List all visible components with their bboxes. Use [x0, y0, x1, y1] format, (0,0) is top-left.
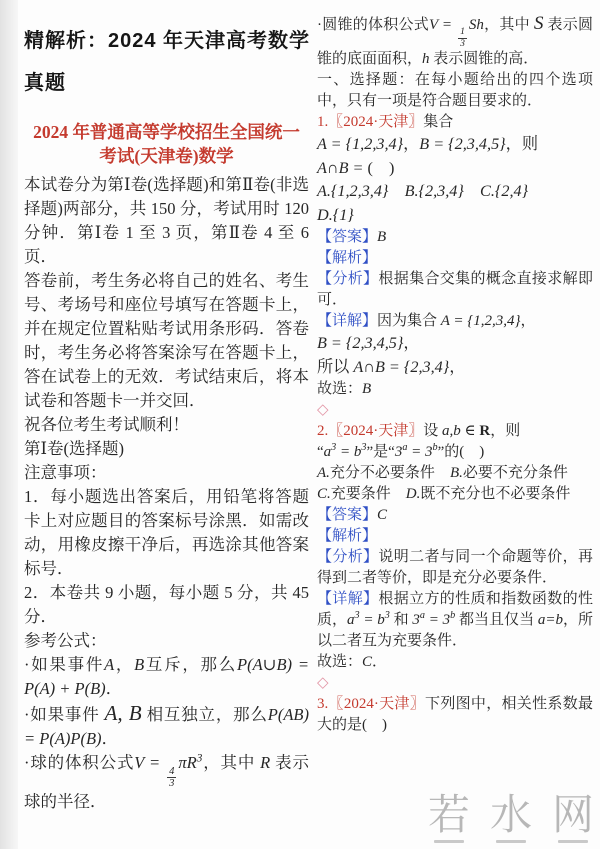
text-segment: 第Ⅰ卷(选择题)	[24, 439, 124, 458]
text-segment: 一、选择题：在每小题给出的四个选项中，只有一项是符合题目要求的．	[317, 72, 593, 109]
analysis-heading: 【解析】	[317, 526, 593, 547]
question-divider: ◇	[317, 400, 593, 421]
formula-item: ·圆锥的体积公式V = 13Sh，其中 S 表示圆锥的底面面积，h 表示圆锥的高…	[317, 13, 593, 70]
text-segment	[388, 182, 404, 200]
text-segment: ”的( )	[438, 444, 485, 460]
math-segment: πR	[178, 753, 196, 772]
text-segment: 本试卷分为第Ⅰ卷(选择题)和第Ⅱ卷(非选择题)两部分，共 150 分，考试用时 …	[24, 175, 309, 266]
question-tag: 3.〖2024·天津〗	[317, 696, 425, 712]
watermark-character: 网	[552, 794, 594, 843]
text-segment: 注意事项：	[24, 463, 107, 482]
note-item: 1．每小题选出答案后，用铅笔将答题卡上对应题目的答案标号涂黑．如需改动，用橡皮擦…	[24, 485, 309, 581]
math-segment: A.	[317, 465, 330, 481]
text-segment: 因为集合	[377, 313, 441, 329]
text-segment: 所以	[317, 358, 353, 376]
label-tag: 【分析】	[317, 271, 378, 287]
text-segment: 考试(天津卷)数学	[99, 146, 233, 166]
watermark-glyph: 网	[552, 794, 594, 836]
text-segment: 表示圆锥的高．	[430, 51, 539, 67]
exam-document-page: 精解析：2024 年天津高考数学真题 2024 年普通高等学校招生全国统一考试(…	[0, 0, 600, 849]
text-segment: 祝各位考生考试顺利！	[24, 415, 189, 434]
math-segment: = 3	[407, 444, 432, 460]
math-segment: V =	[134, 753, 165, 772]
math-segment: a=b	[538, 612, 563, 628]
scan-edge-shade	[0, 0, 18, 849]
text-segment: ，	[449, 358, 465, 376]
text-segment: 相互独立，那么	[142, 705, 268, 724]
text-segment: ，	[403, 135, 419, 153]
question-stem: “a3 = b3”是“3a = 3b”的( )	[317, 442, 593, 463]
text-segment: 故选：	[317, 381, 362, 397]
question-stem: 2.〖2024·天津〗设 a,b ∈ R，则	[317, 421, 593, 442]
label-tag: 【解析】	[317, 250, 377, 266]
divider-diamond-icon: ◇	[317, 675, 329, 691]
math-segment: B	[377, 229, 386, 245]
text-segment: 既不充分也不必要条件	[420, 486, 570, 502]
text-segment: ．	[372, 654, 387, 670]
conclusion-line: 故选：C．	[317, 652, 593, 673]
math-segment: B = {2,3,4,5}	[419, 135, 505, 153]
math-segment: R	[260, 753, 270, 772]
text-segment: ·如果事件	[24, 655, 104, 674]
text-segment: 故选：	[317, 654, 362, 670]
math-segment: C.{2,4}	[480, 182, 528, 200]
detail-text: 【详解】因为集合 A = {1,2,3,4}，	[317, 311, 593, 332]
math-segment: A = {1,2,3,4}	[441, 313, 521, 329]
watermark-glyph: 若	[428, 794, 470, 836]
math-segment: D.	[406, 486, 421, 502]
text-segment: ·球的体积公式	[24, 753, 134, 772]
right-column: ·圆锥的体积公式V = 13Sh，其中 S 表示圆锥的底面面积，h 表示圆锥的高…	[317, 13, 593, 736]
page-title: 精解析：2024 年天津高考数学真题	[24, 20, 322, 104]
options-line: C.充要条件 D.既不充分也不必要条件	[317, 484, 593, 505]
math-segment: = b	[336, 444, 361, 460]
math-segment: B = {2,3,4,5}	[317, 334, 403, 352]
math-line: B = {2,3,4,5}，	[317, 332, 593, 356]
intro-paragraph: 答卷前，考生务必将自己的姓名、考生号、考场号和座位号填写在答题卡上，并在规定位置…	[24, 269, 309, 413]
math-segment: A	[104, 655, 114, 674]
formula-heading: 参考公式：	[24, 629, 309, 653]
math-large-segment: A, B	[105, 701, 142, 725]
question-stem: 1.〖2024·天津〗集合	[317, 112, 593, 133]
text-segment: 集合	[423, 114, 453, 130]
fraction: 43	[167, 766, 176, 790]
math-segment: Sh	[469, 17, 484, 33]
text-segment: ”是“	[366, 444, 394, 460]
math-segment: B	[362, 381, 371, 397]
label-tag: 【分析】	[317, 549, 378, 565]
math-segment: D.{1}	[317, 206, 354, 224]
math-segment: C.	[317, 486, 331, 502]
text-segment: “	[317, 444, 324, 460]
watermark-subtext-mark	[434, 840, 464, 843]
text-segment: 必要不充分条件	[463, 465, 568, 481]
watermark-glyph: 水	[490, 794, 532, 836]
answer-line: 【答案】B	[317, 227, 593, 248]
text-segment: ( )	[363, 159, 394, 177]
text-segment: 参考公式：	[24, 631, 107, 650]
label-tag: 【答案】	[317, 507, 377, 523]
text-segment: 都当且仅当	[455, 612, 538, 628]
section-heading: 第Ⅰ卷(选择题)	[24, 437, 309, 461]
math-line: 所以 A∩B = {2,3,4}，	[317, 356, 593, 380]
math-bold-segment: R	[479, 423, 490, 439]
text-segment: ，其中	[202, 753, 260, 772]
analysis-text: 【分析】说明二者与同一个命题等价，再得到二者等价，即是充分必要条件．	[317, 547, 593, 589]
text-segment: 答卷前，考生务必将自己的姓名、考生号、考场号和座位号填写在答题卡上，并在规定位置…	[24, 271, 309, 410]
options-line: A.充分不必要条件 B.必要不充分条件	[317, 463, 593, 484]
text-segment: ·圆锥的体积公式	[317, 17, 429, 33]
notes-heading: 注意事项：	[24, 461, 309, 485]
text-segment: ，	[403, 334, 419, 352]
exam-title-line: 2024 年普通高等学校招生全国统一	[24, 120, 309, 144]
analysis-heading: 【解析】	[317, 248, 593, 269]
math-segment: a,b	[442, 423, 461, 439]
detail-text: 【详解】根据立方的性质和指数函数的性质，a3 = b3 和 3a = 3b 都当…	[317, 589, 593, 652]
text-segment: 2．本卷共 9 小题，每小题 5 分，共 45 分．	[24, 583, 309, 626]
text-segment: 充要条件	[331, 486, 406, 502]
text-segment: ·如果事件	[24, 705, 105, 724]
intro-paragraph: 本试卷分为第Ⅰ卷(选择题)和第Ⅱ卷(非选择题)两部分，共 150 分，考试用时 …	[24, 173, 309, 269]
question-stem: 3.〖2024·天津〗下列图中，相关性系数最大的是( )	[317, 694, 593, 736]
section-intro: 一、选择题：在每小题给出的四个选项中，只有一项是符合题目要求的．	[317, 70, 593, 112]
label-tag: 【详解】	[317, 591, 378, 607]
text-segment: 充分不必要条件	[330, 465, 450, 481]
text-segment: ∈	[461, 423, 480, 439]
math-segment: C	[362, 654, 372, 670]
math-segment: A∩B =	[317, 159, 363, 177]
math-segment: V =	[429, 17, 456, 33]
text-segment	[464, 182, 480, 200]
watermark-character: 若	[428, 794, 470, 843]
label-tag: 【答案】	[317, 229, 377, 245]
math-segment: B	[134, 655, 144, 674]
text-segment: ，则	[490, 423, 520, 439]
question-tag: 1.〖2024·天津〗	[317, 114, 423, 130]
answer-line: 【答案】C	[317, 505, 593, 526]
label-tag: 【详解】	[317, 313, 377, 329]
math-segment: A.{1,2,3,4}	[317, 182, 388, 200]
text-segment: ，其中	[484, 17, 534, 33]
math-segment: = 3	[425, 612, 450, 628]
watermark-character: 水	[490, 794, 532, 843]
left-column: 2024 年普通高等学校招生全国统一考试(天津卷)数学本试卷分为第Ⅰ卷(选择题)…	[24, 120, 309, 814]
math-segment: A = {1,2,3,4}	[317, 135, 403, 153]
fraction: 13	[458, 27, 467, 49]
formula-item: ·如果事件A，B互斥，那么P(A∪B) = P(A) + P(B)．	[24, 653, 309, 701]
math-segment: a	[347, 612, 355, 628]
math-segment: 3	[412, 612, 420, 628]
question-divider: ◇	[317, 673, 593, 694]
options-line: D.{1}	[317, 204, 593, 228]
text-segment: 和	[390, 612, 413, 628]
math-segment: h	[422, 51, 430, 67]
watermark-subtext-mark	[558, 840, 588, 843]
wish-line: 祝各位考生考试顺利！	[24, 413, 309, 437]
formula-item: ·球的体积公式V = 43πR3，其中 R 表示球的半径．	[24, 751, 309, 814]
note-item: 2．本卷共 9 小题，每小题 5 分，共 45 分．	[24, 581, 309, 629]
math-segment: = b	[360, 612, 385, 628]
formula-item: ·如果事件 A, B 相互独立，那么P(AB) = P(A)P(B)．	[24, 701, 309, 751]
conclusion-line: 故选：B	[317, 379, 593, 400]
math-line: A = {1,2,3,4}，B = {2,3,4,5}，则	[317, 133, 593, 157]
text-segment: ，	[114, 655, 134, 674]
analysis-text: 【分析】根据集合交集的概念直接求解即可．	[317, 269, 593, 311]
math-segment: B.	[450, 465, 463, 481]
exam-title-line: 考试(天津卷)数学	[24, 144, 309, 168]
math-segment: C	[377, 507, 387, 523]
question-tag: 2.〖2024·天津〗	[317, 423, 423, 439]
math-line: A∩B = ( )	[317, 157, 593, 181]
text-segment: 互斥，那么	[144, 655, 237, 674]
options-line: A.{1,2,3,4} B.{2,3,4} C.{2,4}	[317, 180, 593, 204]
text-segment: 设	[423, 423, 442, 439]
text-segment: ，则	[506, 135, 538, 153]
math-segment: B.{2,3,4}	[405, 182, 464, 200]
text-segment: ．	[102, 729, 119, 748]
text-segment: 2024 年普通高等学校招生全国统一	[33, 122, 300, 142]
watermark: 若水网	[428, 794, 594, 843]
watermark-subtext-mark	[496, 840, 526, 843]
divider-diamond-icon: ◇	[317, 402, 329, 418]
text-segment: ．	[106, 679, 123, 698]
label-tag: 【解析】	[317, 528, 377, 544]
text-segment: 1．每小题选出答案后，用铅笔将答题卡上对应题目的答案标号涂黑．如需改动，用橡皮擦…	[24, 487, 309, 578]
math-segment: A∩B = {2,3,4}	[353, 358, 449, 376]
text-segment: ，	[521, 313, 536, 329]
